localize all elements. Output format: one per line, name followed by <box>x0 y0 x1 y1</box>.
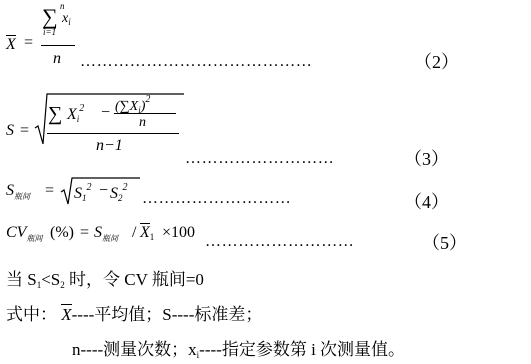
mean-x-bar: X <box>6 35 16 54</box>
sum-lower-limit: i=1 <box>43 27 56 37</box>
x-i-squared: Xi2 <box>67 103 84 124</box>
inner-denominator: n <box>139 115 146 131</box>
equation-number: （4） <box>404 188 449 214</box>
s-between-bottles: S瓶间 <box>6 182 30 202</box>
s2-squared: S22 <box>110 182 128 203</box>
equation-number: （2） <box>414 48 459 74</box>
denominator-n: n <box>53 50 61 68</box>
dot-leader: ……………………… <box>185 150 334 168</box>
equation-number: （3） <box>404 145 449 171</box>
sum-upper-limit: n <box>60 1 65 11</box>
equals-sign: = <box>80 224 89 242</box>
s-between-bottles: S瓶间 <box>94 224 118 244</box>
dot-leader: ……………………… <box>205 233 354 251</box>
times-100: ×100 <box>162 224 195 242</box>
sum-symbol: ∑ <box>42 6 58 28</box>
equation-number: （5） <box>422 229 467 255</box>
condition-note: 当 S1<S2 时，令 CV 瓶间=0 <box>6 265 204 290</box>
minus-sign: − <box>101 104 110 122</box>
fraction-bar <box>41 45 75 46</box>
x1-bar: X1 <box>140 224 154 242</box>
cv-between-bottles: CV瓶间 <box>6 224 42 244</box>
dot-leader: ……………………… <box>142 190 291 208</box>
definitions-line-1: 式中： X----平均值；S----标准差； <box>6 300 262 325</box>
dot-leader: …………………………………… <box>80 53 312 71</box>
s1-squared: S12 <box>74 182 92 203</box>
equals-sign: = <box>20 122 29 140</box>
mean-symbol: X <box>61 304 71 324</box>
summand-x: xi <box>62 11 71 27</box>
equals-sign: = <box>45 182 54 200</box>
minus-sign: − <box>99 182 108 200</box>
std-dev-s: S <box>6 122 14 140</box>
fraction-bar <box>47 133 179 134</box>
inner-numerator: (∑Xi)2 <box>115 94 150 115</box>
definitions-line-2: n----测量次数；xi----指定参数第 i 次测量值。 <box>72 335 405 360</box>
denominator-n-minus-1: n−1 <box>96 137 123 155</box>
equals-sign: = <box>24 34 33 52</box>
percent-paren: (%) <box>50 224 74 242</box>
sum-symbol: ∑ <box>48 103 62 126</box>
slash: / <box>132 224 136 242</box>
